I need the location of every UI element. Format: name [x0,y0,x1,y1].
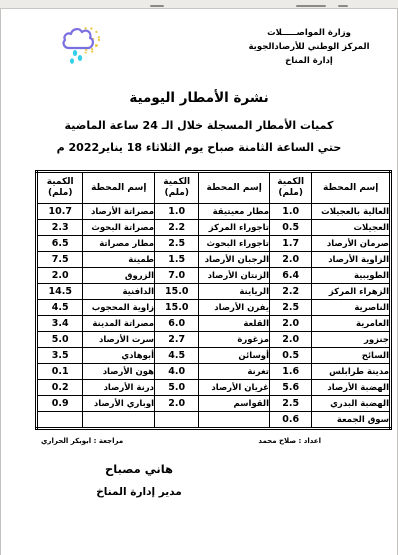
quantity-cell: 0.5 [270,220,312,236]
station-cell: تاجوراء المركز [199,220,270,236]
table-row: الزاوية الأرصاد 2.0 الرجبان الأرصاد 1.5 … [37,252,391,268]
table-row: السائح 0.5 أوسائن 4.5 أبوهادي 3.5 [37,348,391,364]
quantity-header: الكمية (ملم) [270,172,312,204]
quantity-cell: 14.5 [37,284,83,300]
quantity-cell [155,412,199,429]
quantity-cell: 1.5 [155,252,199,268]
quantity-cell: 2.5 [270,300,312,316]
quantity-header-word: الكمية [38,177,82,188]
table-row: مدينة طرابلس 1.6 تغرنة 4.0 هون الأرصاد 0… [37,364,391,380]
ministry-name: وزارة المواصـــــلات [229,26,389,40]
station-cell: أبوهادي [83,348,155,364]
quantity-cell: 0.5 [270,348,312,364]
signature-name: هاني مصباح [39,462,239,476]
quantity-cell: 2.2 [270,284,312,300]
subtitle: كميات الأمطار المسجلة خلال الـ 24 ساعة ا… [1,115,397,159]
quantity-cell: 4.5 [37,300,83,316]
station-cell: الرياينة [199,284,270,300]
quantity-cell: 2.5 [270,396,312,412]
quantity-header-word: الكمية [270,177,311,188]
station-cell: تاجوراء البحوث [199,236,270,252]
table-row: جنزور 2.0 مزغورة 2.7 سرت الأرصاد 5.0 [37,332,391,348]
station-cell: مدينة طرابلس [312,364,391,380]
station-cell: تغرنة [199,364,270,380]
station-cell: جنزور [312,332,391,348]
station-cell: الزهراء المركز [312,284,391,300]
quantity-cell: 2.0 [155,396,199,412]
subtitle-line2: حتي الساعة الثامنة صباح يوم الثلاثاء 18 … [1,137,397,159]
quantity-cell: 4.5 [155,348,199,364]
quantity-cell: 3.5 [37,348,83,364]
station-cell: القواسم [199,396,270,412]
quantity-cell: 7.5 [37,252,83,268]
quantity-header-unit: (ملم) [38,188,82,199]
quantity-cell: 6.5 [37,236,83,252]
quantity-cell: 3.4 [37,316,83,332]
station-cell: العالية بالعجيلات [312,204,391,220]
station-cell: اوباري الأرصاد [83,396,155,412]
quantity-cell: 4.0 [155,364,199,380]
quantity-cell: 1.0 [155,204,199,220]
station-cell: يفرن الأرصاد [199,300,270,316]
quantity-cell: 1.6 [270,364,312,380]
station-cell: درنة الأرصاد [83,380,155,396]
quantity-cell: 2.0 [37,268,83,284]
quantity-cell: 15.0 [155,300,199,316]
quantity-cell: 6.4 [270,268,312,284]
station-name-header: إسم المحطة [199,172,270,204]
station-cell: الهضبة الأرصاد [312,380,391,396]
quantity-cell: 6.0 [155,316,199,332]
quantity-cell: 5.0 [37,332,83,348]
station-cell: مصراتة البحوث [83,220,155,236]
quantity-cell: 7.0 [155,268,199,284]
station-cell: صرمان الأرصاد [312,236,391,252]
quantity-cell: 2.2 [155,220,199,236]
prepared-by: اعداد : صلاح محمد [258,437,321,445]
quantity-header-unit: (ملم) [270,188,311,199]
department-name: إدارة المناخ [229,54,389,68]
table-row: الهضبة الأرصاد 5.6 غريان الأرصاد 5.0 درن… [37,380,391,396]
page-title: نشرة الأمطار اليومية [1,90,397,106]
station-cell: السائح [312,348,391,364]
quantity-cell: 0.2 [37,380,83,396]
station-cell: مطار مصراتة [83,236,155,252]
station-cell: مصراتة الأرصاد [83,204,155,220]
station-cell: القلعة [199,316,270,332]
quantity-header-word: الكمية [155,177,198,188]
letterhead: وزارة المواصـــــلات المركز الوطني للأرص… [1,22,397,82]
table-row: الزهراء المركز 2.2 الرياينة 15.0 الدافني… [37,284,391,300]
station-cell: الهضبة البدري [312,396,391,412]
table-row: صرمان الأرصاد 1.7 تاجوراء البحوث 2.5 مطا… [37,236,391,252]
quantity-cell: 1.7 [270,236,312,252]
quantity-cell: 2.0 [270,316,312,332]
signature-block: هاني مصباح مدير إدارة المناخ [39,462,239,498]
table-row: سوق الجمعة 0.6 [37,412,391,429]
quantity-cell: 2.0 [270,252,312,268]
quantity-cell: 5.6 [270,380,312,396]
station-cell: العامرية [312,316,391,332]
quantity-header-unit: (ملم) [155,188,198,199]
table-row: الطويبية 6.4 الزنتان الأرصاد 7.0 الزروق … [37,268,391,284]
quantity-cell: 1.0 [270,204,312,220]
station-cell: الناصرية [312,300,391,316]
center-name: المركز الوطني للأرصادالجوية [229,40,389,54]
table-header-row: إسم المحطة الكمية (ملم) إسم المحطة الكمي… [37,172,391,204]
clipped-text-remnant [296,5,326,7]
station-name-header: إسم المحطة [312,172,391,204]
quantity-cell: 10.7 [37,204,83,220]
station-cell [199,412,270,429]
quantity-cell [37,412,83,429]
clipped-text-remnant [338,5,348,7]
quantity-header: الكمية (ملم) [37,172,83,204]
rainfall-table: إسم المحطة الكمية (ملم) إسم المحطة الكمي… [35,170,392,430]
clipped-text-remnant [150,5,164,7]
letterhead-text: وزارة المواصـــــلات المركز الوطني للأرص… [229,26,389,68]
station-cell: مصراتة المدينة [83,316,155,332]
cloud-sun-rain-icon [59,24,103,74]
station-cell: الزروق [83,268,155,284]
station-cell: سرت الأرصاد [83,332,155,348]
station-cell: زاوية المحجوب [83,300,155,316]
document-page: وزارة المواصـــــلات المركز الوطني للأرص… [0,9,398,555]
quantity-cell: 0.9 [37,396,83,412]
station-cell: هون الأرصاد [83,364,155,380]
station-cell: الرجبان الأرصاد [199,252,270,268]
credits-line: اعداد : صلاح محمد مراجعة : ابوبكر الحرار… [1,437,397,445]
table-row: الهضبة البدري 2.5 القواسم 2.0 اوباري الأ… [37,396,391,412]
quantity-cell: 0.6 [270,412,312,429]
station-cell: أوسائن [199,348,270,364]
station-cell: سوق الجمعة [312,412,391,429]
station-cell: الدافنية [83,284,155,300]
station-cell [83,412,155,429]
station-cell: مزغورة [199,332,270,348]
table-row: العامرية 2.0 القلعة 6.0 مصراتة المدينة 3… [37,316,391,332]
station-cell: الزنتان الأرصاد [199,268,270,284]
quantity-cell: 2.3 [37,220,83,236]
reviewed-by: مراجعة : ابوبكر الحراري [41,437,123,445]
station-cell: العجيلات [312,220,391,236]
table-row: العجيلات 0.5 تاجوراء المركز 2.2 مصراتة ا… [37,220,391,236]
table-row: العالية بالعجيلات 1.0 مطار معيتيقة 1.0 م… [37,204,391,220]
subtitle-line1: كميات الأمطار المسجلة خلال الـ 24 ساعة ا… [1,115,397,137]
station-cell: مطار معيتيقة [199,204,270,220]
station-name-header: إسم المحطة [83,172,155,204]
quantity-cell: 2.5 [155,236,199,252]
station-cell: طمينة [83,252,155,268]
quantity-cell: 2.0 [270,332,312,348]
quantity-cell: 2.7 [155,332,199,348]
signature-title: مدير إدارة المناخ [39,486,239,498]
quantity-cell: 5.0 [155,380,199,396]
quantity-cell: 0.1 [37,364,83,380]
station-cell: غريان الأرصاد [199,380,270,396]
clipped-previous-content-strip [0,0,398,9]
table-row: الناصرية 2.5 يفرن الأرصاد 15.0 زاوية الم… [37,300,391,316]
station-cell: الزاوية الأرصاد [312,252,391,268]
station-cell: الطويبية [312,268,391,284]
quantity-cell: 15.0 [155,284,199,300]
quantity-header: الكمية (ملم) [155,172,199,204]
